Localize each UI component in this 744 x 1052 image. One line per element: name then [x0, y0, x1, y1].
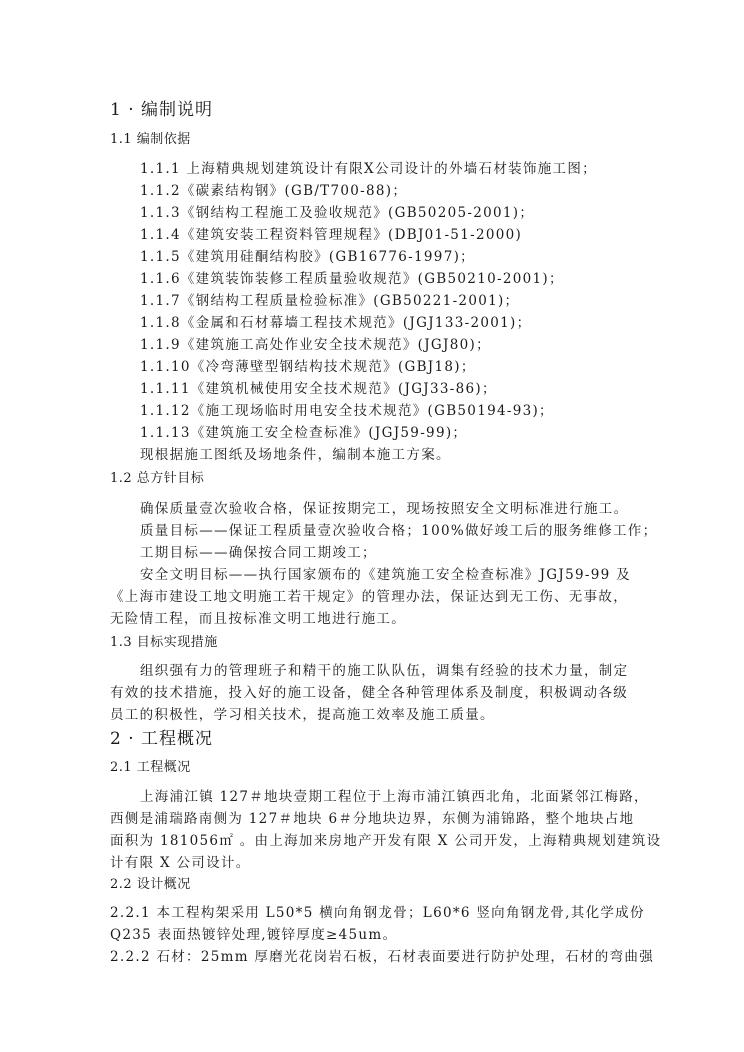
reference-item: 1.1.12《施工现场临时用电安全技术规范》(GB50194-93)； — [140, 399, 554, 419]
reference-item: 1.1.2《碳素结构钢》(GB/T700-88)； — [140, 179, 407, 199]
reference-item: 1.1.4《建筑安装工程资料管理规程》(DBJ01-51-2000) — [140, 223, 522, 243]
paragraph-line: 员工的积极性，学习相关技术，提高施工效率及施工质量。 — [110, 703, 495, 723]
paragraph-line: 面积为 181056㎡ 。由上海加来房地产开发有限 X 公司开发，上海精典规划建… — [110, 829, 661, 849]
paragraph-line: 上海浦江镇 127＃地块壹期工程位于上海市浦江镇西北角，北面紧邻江梅路， — [140, 785, 649, 805]
document-page: 1 · 编制说明 1.1 编制依据 1.1.1 上海精典规划建筑设计有限X公司设… — [0, 0, 744, 1052]
reference-item: 1.1.6《建筑装饰装修工程质量验收规范》(GB50210-2001)； — [140, 267, 564, 287]
paragraph-line: 安全文明目标——执行国家颁布的《建筑施工安全检查标准》JGJ59-99 及 — [140, 563, 631, 583]
paragraph-line: 2.2.2 石材：25mm 厚磨光花岗岩石板，石材表面要进行防护处理，石材的弯曲… — [110, 945, 654, 965]
reference-item: 1.1.8《金属和石材幕墙工程技术规范》(JGJ133-2001)； — [140, 311, 531, 331]
paragraph-line: 无险情工程，而且按标准文明工地进行施工。 — [110, 607, 406, 627]
paragraph-line: 《上海市建设工地文明施工若干规定》的管理办法，保证达到无工伤、无事故， — [110, 585, 628, 605]
heading-section-1: 1 · 编制说明 — [110, 95, 213, 120]
paragraph-line: 2.2.1 本工程构架采用 L50*5 横向角钢龙骨；L60*6 竖向角钢龙骨,… — [110, 901, 645, 921]
paragraph-line: Q235 表面热镀锌处理,镀锌厚度≥45um。 — [110, 923, 397, 943]
heading-1-1: 1.1 编制依据 — [110, 128, 191, 147]
paragraph-line: 质量目标——保证工程质量壹次验收合格；100%做好竣工后的服务维修工作； — [140, 519, 657, 539]
reference-item: 1.1.1 上海精典规划建筑设计有限X公司设计的外墙石材装饰施工图； — [140, 157, 597, 177]
paragraph-line: 计有限 X 公司设计。 — [110, 851, 251, 871]
reference-item: 1.1.3《钢结构工程施工及验收规范》(GB50205-2001)； — [140, 201, 534, 221]
paragraph-line: 组织强有力的管理班子和精干的施工队队伍，调集有经验的技术力量，制定 — [140, 659, 628, 679]
reference-item: 1.1.7《钢结构工程质量检验标准》(GB50221-2001)； — [140, 289, 519, 309]
reference-item: 1.1.11《建筑机械使用安全技术规范》(JGJ33-86)； — [140, 377, 497, 397]
heading-1-2: 1.2 总方针目标 — [110, 467, 204, 486]
paragraph-line: 西侧是浦瑞路南侧为 127＃地块 6＃分地块边界，东侧为浦锦路，整个地块占地 — [110, 807, 634, 827]
reference-item: 1.1.9《建筑施工高处作业安全技术规范》(JGJ80)； — [140, 333, 491, 353]
heading-section-2: 2 · 工程概况 — [110, 724, 213, 749]
reference-item: 1.1.10《冷弯薄壁型钢结构技术规范》(GBJ18)； — [140, 355, 476, 375]
paragraph-line: 工期目标——确保按合同工期竣工； — [140, 541, 377, 561]
reference-item: 1.1.13《建筑施工安全检查标准》(JGJ59-99)； — [140, 421, 467, 441]
heading-2-2: 2.2 设计概况 — [110, 873, 191, 892]
paragraph-line: 确保质量壹次验收合格，保证按期完工，现场按照安全文明标准进行施工。 — [140, 497, 628, 517]
reference-item: 1.1.5《建筑用硅酮结构胶》(GB16776-1997)； — [140, 245, 475, 265]
heading-2-1: 2.1 工程概况 — [110, 756, 191, 775]
paragraph-line: 有效的技术措施，投入好的施工设备，健全各种管理体系及制度，积极调动各级 — [110, 681, 628, 701]
heading-1-3: 1.3 目标实现措施 — [110, 631, 218, 650]
closing-sentence: 现根据施工图纸及场地条件，编制本施工方案。 — [140, 443, 451, 463]
